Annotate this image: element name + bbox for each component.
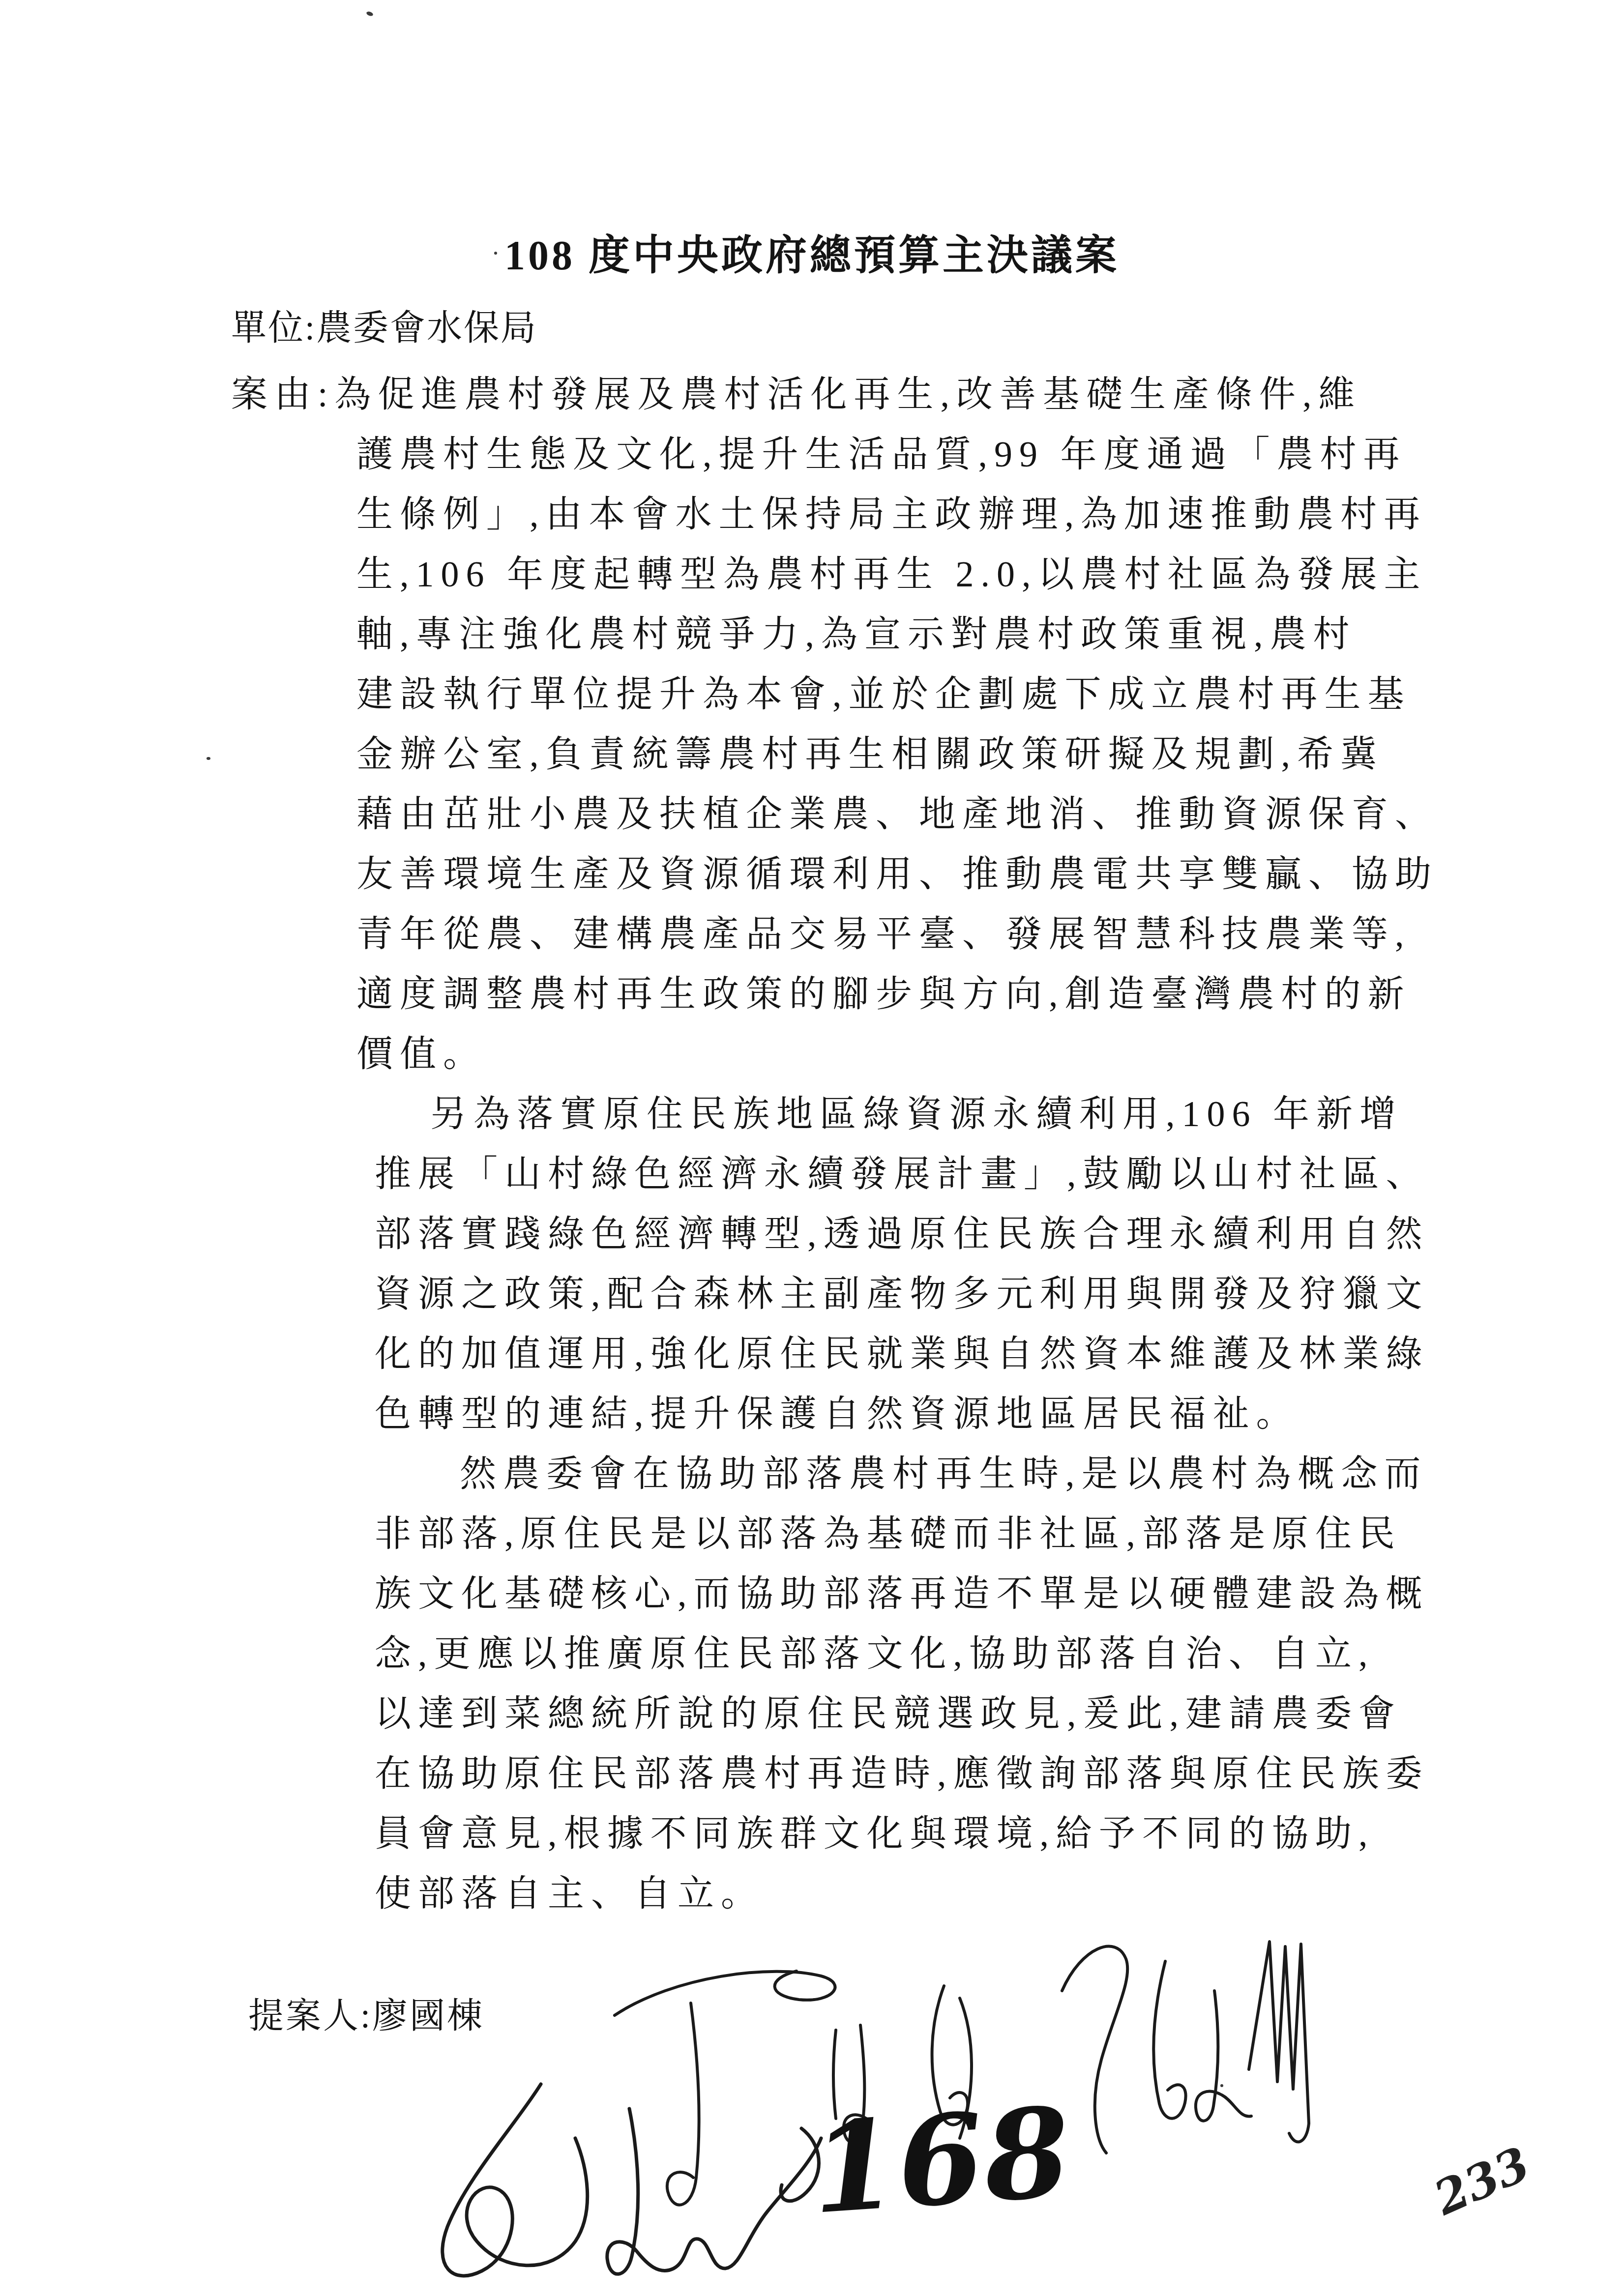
case-line: 藉由茁壯小農及扶植企業農、地產地消、推動資源保育、 xyxy=(231,785,1529,844)
scan-speck xyxy=(494,252,497,255)
case-line: 金辦公室,負責統籌農村再生相關政策研擬及規劃,希冀 xyxy=(231,725,1529,785)
scanned-document-page: 108 度中央政府總預算主決議案 單位:農委會水保局 案由:為促進農村發展及農村… xyxy=(0,0,1624,2296)
case-line: 另為落實原住民族地區綠資源永續利用,106 年新增 xyxy=(231,1084,1529,1144)
case-line: 推展「山村綠色經濟永續發展計畫」,鼓勵以山村社區、 xyxy=(231,1144,1529,1204)
case-line: 色轉型的連結,提升保護自然資源地區居民福祉。 xyxy=(231,1384,1529,1444)
case-line: 價值。 xyxy=(231,1024,1529,1084)
case-line: 生條例」,由本會水土保持局主政辦理,為加速推動農村再 xyxy=(231,485,1529,545)
case-line: 然農委會在協助部落農村再生時,是以農村為概念而 xyxy=(231,1444,1529,1504)
document-title: 108 度中央政府總預算主決議案 xyxy=(0,222,1624,282)
proposer-line: 提案人:廖國棟 xyxy=(248,1987,484,2038)
case-line: 在協助原住民部落農村再造時,應徵詢部落與原住民族委 xyxy=(231,1744,1529,1804)
case-line: 青年從農、建構農產品交易平臺、發展智慧科技農業等, xyxy=(231,904,1529,964)
case-line: 案由:為促進農村發展及農村活化再生,改善基礎生產條件,維 xyxy=(231,365,1529,425)
case-line: 友善環境生產及資源循環利用、推動農電共享雙贏、協助 xyxy=(231,844,1529,904)
case-line: 資源之政策,配合森林主副產物多元利用與開發及狩獵文 xyxy=(231,1264,1529,1324)
scan-speck xyxy=(1220,2084,1223,2087)
unit-line: 單位:農委會水保局 xyxy=(231,299,537,350)
handwritten-page-number-233: 233 xyxy=(1428,2140,1536,2222)
signature-3 xyxy=(1028,1912,1347,2187)
case-line: 生,106 年度起轉型為農村再生 2.0,以農村社區為發展主 xyxy=(231,545,1529,605)
case-body: 案由:為促進農村發展及農村活化再生,改善基礎生產條件,維護農村生態及文化,提升生… xyxy=(231,365,1529,1924)
case-line: 非部落,原住民是以部落為基礎而非社區,部落是原住民 xyxy=(231,1504,1529,1564)
scan-speck xyxy=(207,757,210,760)
case-line: 部落實踐綠色經濟轉型,透過原住民族合理永續利用自然 xyxy=(231,1204,1529,1264)
case-line: 員會意見,根據不同族群文化與環境,給予不同的協助, xyxy=(231,1804,1529,1864)
case-line: 適度調整農村再生政策的腳步與方向,創造臺灣農村的新 xyxy=(231,964,1529,1024)
case-line: 軸,專注強化農村競爭力,為宣示對農村政策重視,農村 xyxy=(231,605,1529,665)
case-line: 念,更應以推廣原住民部落文化,協助部落自治、自立, xyxy=(231,1624,1529,1684)
scan-speck xyxy=(366,11,374,17)
case-line: 以達到菜總統所說的原住民競選政見,爰此,建請農委會 xyxy=(231,1684,1529,1744)
case-line: 化的加值運用,強化原住民就業與自然資本維護及林業綠 xyxy=(231,1324,1529,1384)
handwritten-number-168: 168 xyxy=(807,2090,1075,2231)
case-line: 護農村生態及文化,提升生活品質,99 年度通過「農村再 xyxy=(231,425,1529,485)
case-line: 族文化基礎核心,而協助部落再造不單是以硬體建設為概 xyxy=(231,1564,1529,1624)
case-line: 建設執行單位提升為本會,並於企劃處下成立農村再生基 xyxy=(231,665,1529,725)
